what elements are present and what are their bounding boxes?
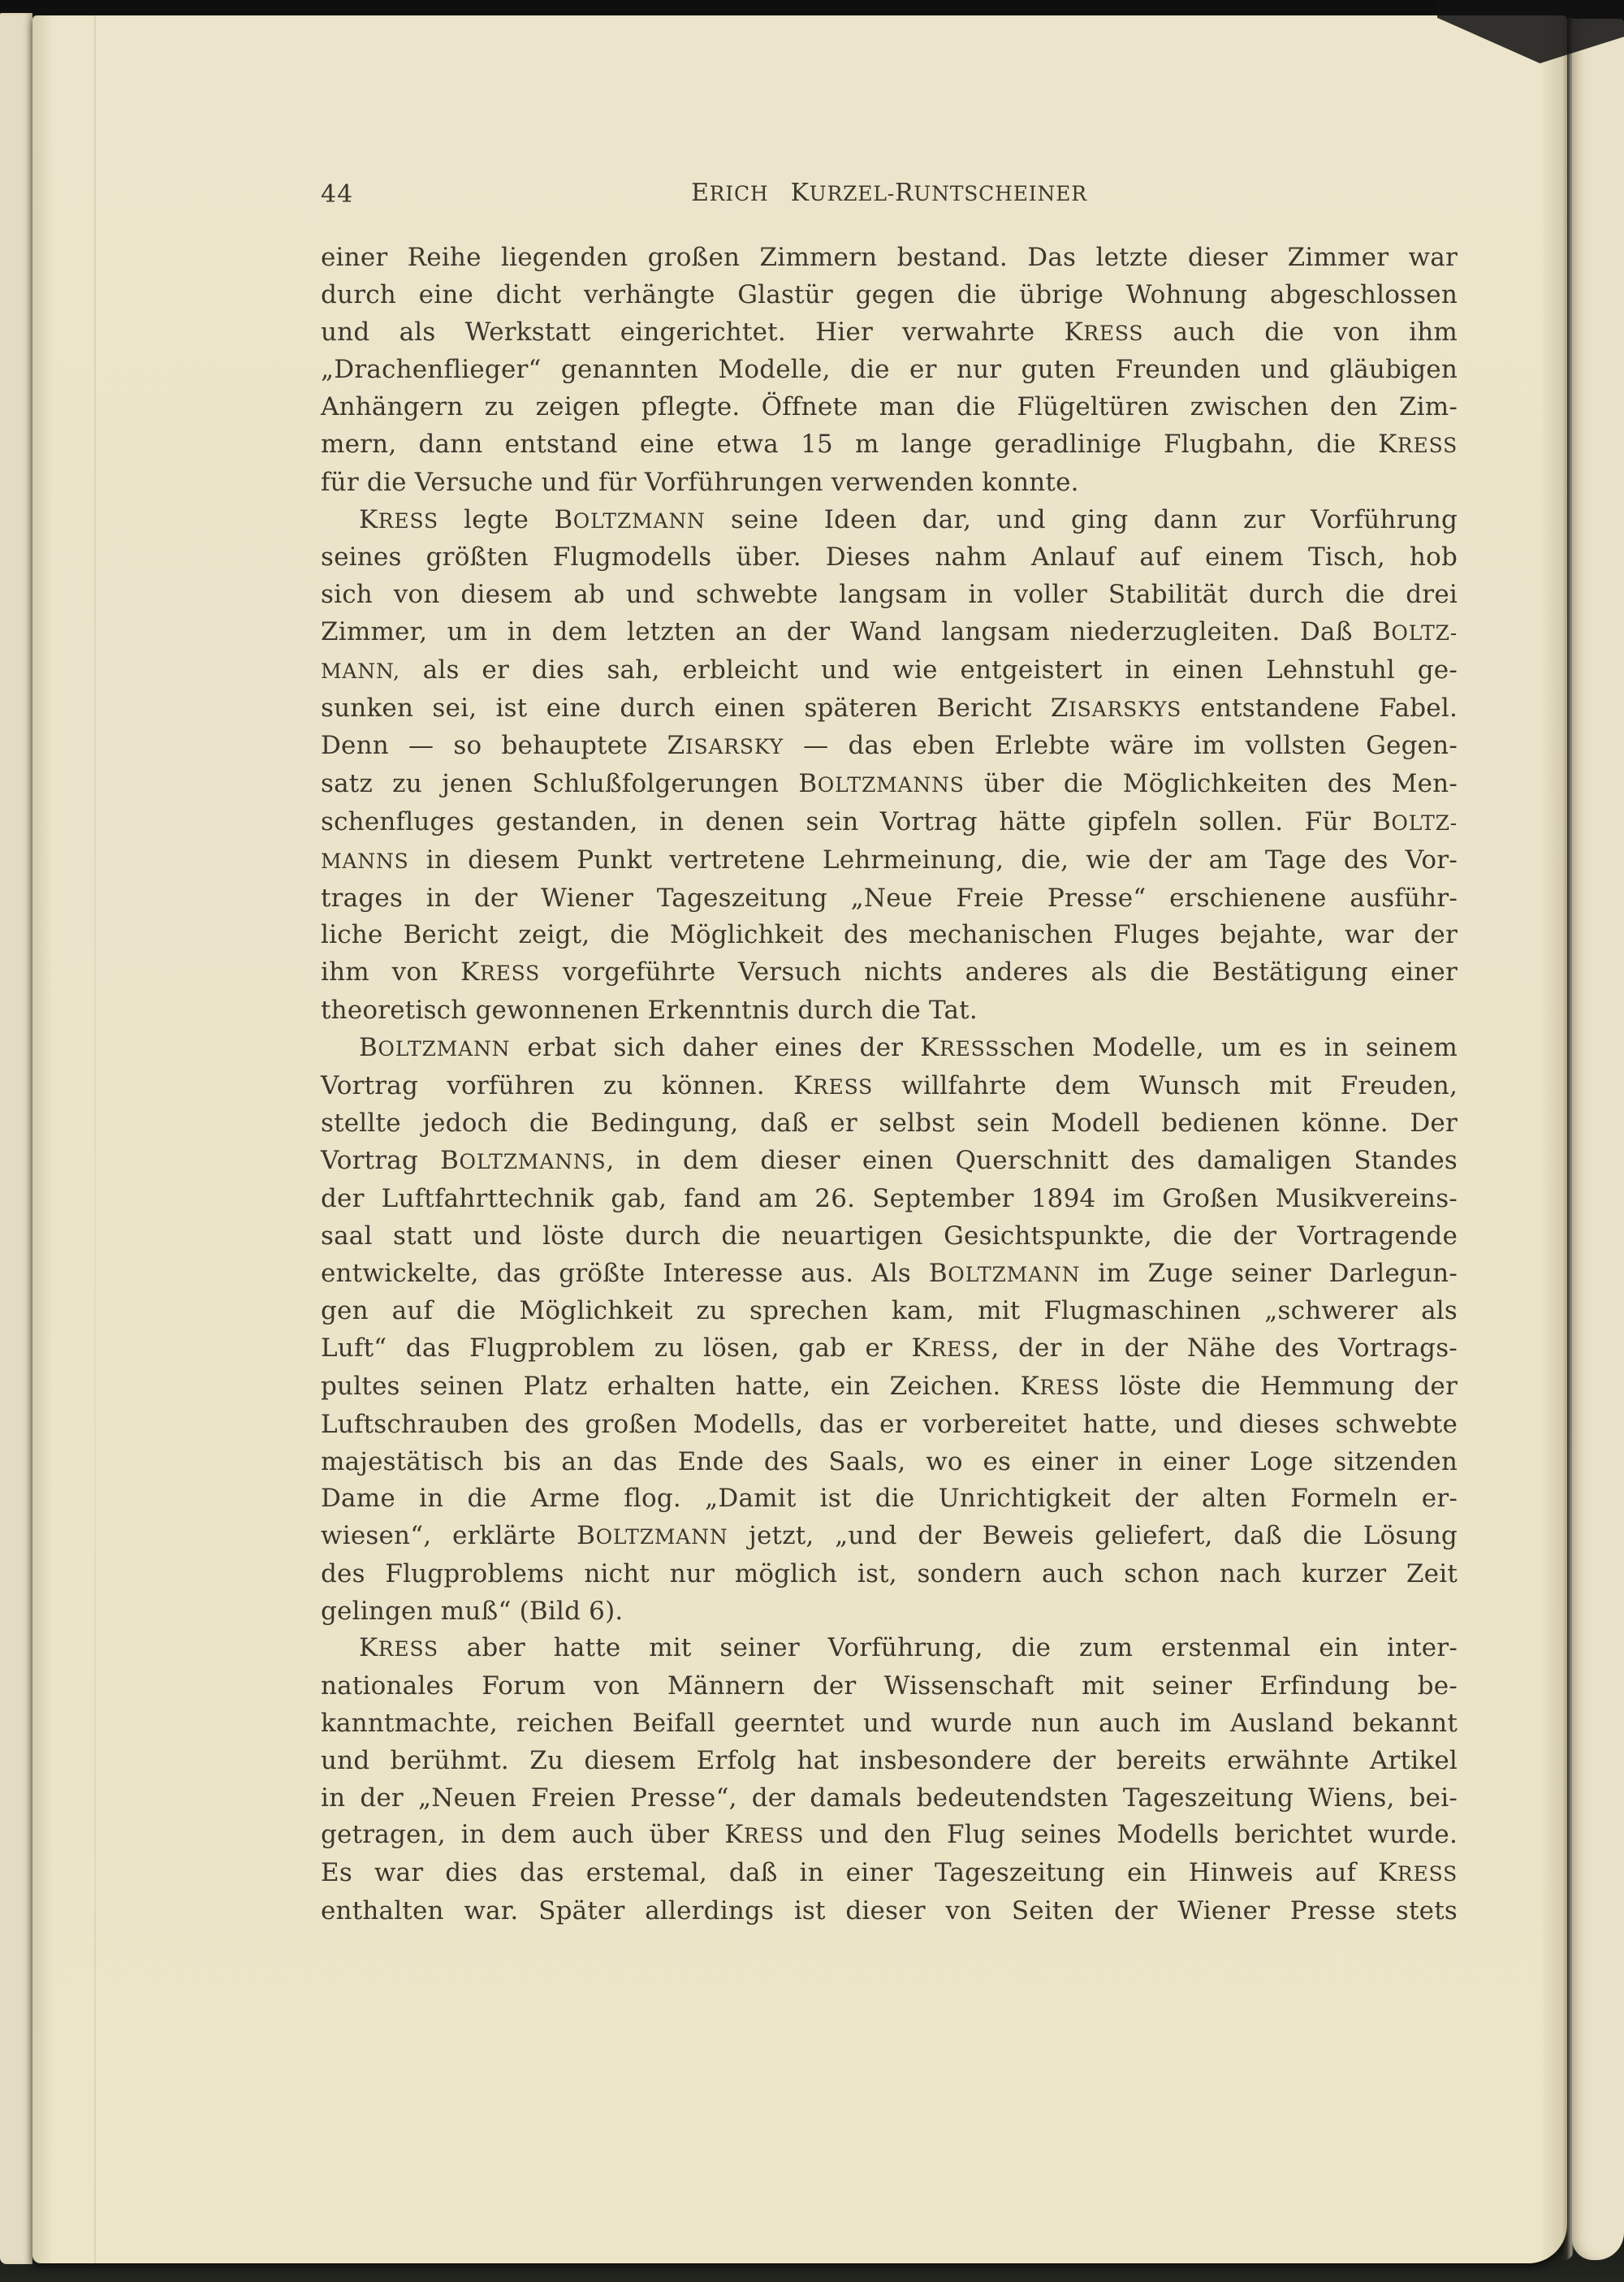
small-caps-name: BOLTZ- [1372, 807, 1458, 836]
small-caps-name: BOLTZMANNS [798, 769, 964, 798]
small-caps-name: MANN, [321, 655, 400, 685]
small-caps-name: KRESS [460, 957, 540, 987]
small-caps-name: KRESS [1378, 430, 1458, 459]
text-line: der Luftfahrttechnik gab, fand am 26. Se… [321, 1181, 1458, 1218]
text-line: pultes seinen Platz erhalten hatte, ein … [321, 1368, 1458, 1407]
small-caps-name: KRESS [793, 1071, 873, 1100]
text-line: stellte jedoch die Bedingung, daß er sel… [321, 1105, 1458, 1143]
text-line: gelingen muß“ (Bild 6). [321, 1593, 1458, 1631]
text-line: seines größten Flugmodells über. Dieses … [321, 539, 1458, 577]
text-line: ihm von KRESS vorgeführte Versuch nichts… [321, 954, 1458, 992]
text-line: MANNS in diesem Punkt vertretene Lehrmei… [321, 842, 1458, 880]
text-line: wiesen“, erklärte BOLTZMANN jetzt, „und … [321, 1518, 1458, 1556]
small-caps-name: KRESS [1378, 1858, 1458, 1887]
scanner-background: 44 ERICH KURZEL-RUNTSCHEINER einer Reihe… [0, 0, 1624, 2282]
text-line: Luft“ das Flugproblem zu lösen, gab er K… [321, 1330, 1458, 1368]
small-caps-name: BOLTZMANNS [440, 1146, 606, 1175]
small-caps-name: KURZEL-RUNTSCHEINER [791, 179, 1087, 207]
small-caps-name: KRESS [359, 1633, 438, 1662]
text-line: für die Versuche und für Vorführungen ve… [321, 465, 1458, 502]
paragraph: KRESS aber hatte mit seiner Vorführung, … [321, 1630, 1458, 1930]
page-header: 44 ERICH KURZEL-RUNTSCHEINER [321, 179, 1458, 213]
text-line: majestätisch bis an das Ende des Saals, … [321, 1444, 1458, 1481]
text-line: BOLTZMANN erbat sich daher eines der KRE… [321, 1030, 1458, 1068]
text-line: einer Reihe liegenden großen Zimmern bes… [321, 240, 1458, 277]
small-caps-name: KRESS [920, 1033, 1000, 1062]
text-line: Vortrag vorführen zu können. KRESS willf… [321, 1068, 1458, 1106]
text-line: mern, dann entstand eine etwa 15 m lange… [321, 426, 1458, 465]
small-caps-name: ERICH [691, 179, 768, 207]
text-line: KRESS aber hatte mit seiner Vorführung, … [321, 1630, 1458, 1668]
book-page: 44 ERICH KURZEL-RUNTSCHEINER einer Reihe… [32, 15, 1567, 2263]
small-caps-name: BOLTZMANN [577, 1521, 728, 1550]
text-line: Vortrag BOLTZMANNS, in dem dieser einen … [321, 1143, 1458, 1181]
text-line: trages in der Wiener Tageszeitung „Neue … [321, 880, 1458, 918]
text-line: gen auf die Möglichkeit zu sprechen kam,… [321, 1293, 1458, 1330]
text-line: „Drachenflieger“ genannten Modelle, die … [321, 352, 1458, 389]
text-line: sich von diesem ab und schwebte langsam … [321, 577, 1458, 614]
text-line: Es war dies das erstemal, daß in einer T… [321, 1855, 1458, 1893]
text-line: und als Werkstatt eingerichtet. Hier ver… [321, 314, 1458, 352]
small-caps-name: KRESS [724, 1820, 804, 1849]
paragraph: KRESS legte BOLTZMANN seine Ideen dar, u… [321, 502, 1458, 1030]
paragraph: einer Reihe liegenden großen Zimmern bes… [321, 240, 1458, 502]
text-block: einer Reihe liegenden großen Zimmern bes… [321, 240, 1458, 1930]
small-caps-name: BOLTZ- [1372, 617, 1458, 646]
text-line: Luftschrauben des großen Modells, das er… [321, 1407, 1458, 1444]
text-line: Dame in die Arme flog. „Damit ist die Un… [321, 1480, 1458, 1518]
text-line: und berühmt. Zu diesem Erfolg hat insbes… [321, 1743, 1458, 1780]
text-line: Zimmer, um in dem letzten an der Wand la… [321, 614, 1458, 652]
text-line: enthalten war. Später allerdings ist die… [321, 1893, 1458, 1930]
text-line: in der „Neuen Freien Presse“, der damals… [321, 1780, 1458, 1817]
running-header: ERICH KURZEL-RUNTSCHEINER [321, 179, 1458, 207]
text-line: des Flugproblems nicht nur möglich ist, … [321, 1556, 1458, 1593]
text-line: satz zu jenen Schlußfolgerungen BOLTZMAN… [321, 766, 1458, 804]
paragraph: BOLTZMANN erbat sich daher eines der KRE… [321, 1030, 1458, 1631]
text-line: Denn — so behauptete ZISARSKY — das eben… [321, 728, 1458, 766]
small-caps-name: BOLTZMANN [554, 505, 705, 534]
text-line: MANN, als er dies sah, erbleicht und wie… [321, 652, 1458, 690]
text-line: entwickelte, das größte Interesse aus. A… [321, 1256, 1458, 1294]
small-caps-name: MANNS [321, 845, 409, 875]
text-line: KRESS legte BOLTZMANN seine Ideen dar, u… [321, 502, 1458, 540]
text-line: liche Bericht zeigt, die Möglichkeit des… [321, 917, 1458, 954]
text-line: durch eine dicht verhängte Glastür gegen… [321, 277, 1458, 314]
right-page-edge [1572, 19, 1624, 2260]
text-line: nationales Forum von Männern der Wissens… [321, 1668, 1458, 1705]
text-line: kanntmachte, reichen Beifall geerntet un… [321, 1705, 1458, 1743]
small-caps-name: ZISARSKY [667, 731, 784, 760]
text-line: saal statt und löste durch die neuartige… [321, 1218, 1458, 1256]
small-caps-name: KRESS [1021, 1372, 1100, 1401]
text-line: theoretisch gewonnenen Erkenntnis durch … [321, 992, 1458, 1030]
small-caps-name: BOLTZMANN [929, 1259, 1080, 1288]
small-caps-name: BOLTZMANN [359, 1033, 510, 1062]
left-page-edge [0, 13, 32, 2264]
text-line: Anhängern zu zeigen pflegte. Öffnete man… [321, 389, 1458, 426]
text-line: sunken sei, ist eine durch einen spätere… [321, 690, 1458, 728]
small-caps-name: ZISARSKYS [1051, 694, 1181, 723]
small-caps-name: KRESS [912, 1333, 991, 1363]
small-caps-name: KRESS [1064, 318, 1143, 347]
text-line: schenfluges gestanden, in denen sein Vor… [321, 804, 1458, 842]
small-caps-name: KRESS [359, 505, 438, 534]
text-line: getragen, in dem auch über KRESS und den… [321, 1817, 1458, 1855]
